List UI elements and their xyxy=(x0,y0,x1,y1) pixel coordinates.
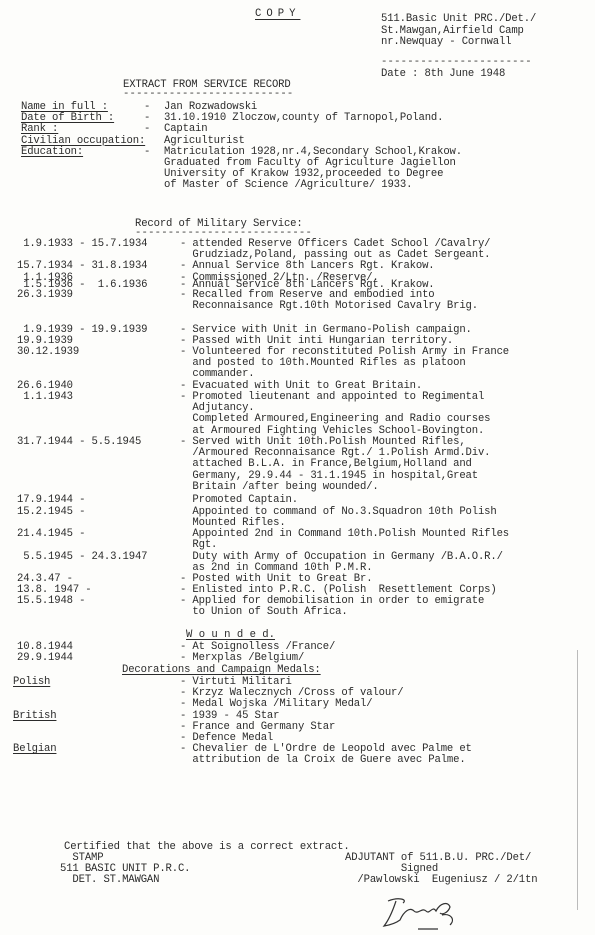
medal-item: - Medal Wojska /Military Medal/ xyxy=(180,699,372,710)
stamp-line: DET. ST.MAWGAN xyxy=(60,875,159,886)
medal-country: Polish xyxy=(13,677,50,688)
record-date: 5.5.1945 - 24.3.1947 xyxy=(17,552,147,563)
unit-address-line: St.Mawgan,Airfield Camp xyxy=(381,26,524,37)
section-title-decorations: Decorations and Campaign Medals: xyxy=(122,665,321,676)
field-value: of Master of Science /Agriculture/ 1933. xyxy=(164,180,412,191)
record-entry: - Annual Service 8th Lancers Rgt. Krakow… xyxy=(180,261,435,272)
address-divider: ----------------------- xyxy=(381,57,532,68)
copy-label: COPY xyxy=(255,9,300,20)
record-date: 15.2.1945 - xyxy=(17,507,85,518)
unit-address-line: 511.Basic Unit PRC./Det./ xyxy=(381,14,536,25)
record-entry: Appointed 2nd in Command 10th.Polish Mou… xyxy=(180,529,509,540)
title-divider: -------------------------- xyxy=(123,89,294,100)
field-separator: - xyxy=(144,147,150,158)
unit-address-line: nr.Newquay - Cornwall xyxy=(381,37,511,48)
signature-icon xyxy=(378,893,463,933)
record-date: 1.9.1933 - 15.7.1934 xyxy=(17,239,147,250)
record-date: 15.5.1948 - xyxy=(17,596,85,607)
record-entry: commander. xyxy=(180,369,255,380)
record-entry: attached B.L.A. in France,Belgium,Hollan… xyxy=(180,459,472,470)
record-date: 1.1.1943 xyxy=(17,392,73,403)
record-entry: Promoted Captain. xyxy=(180,495,298,506)
medal-country: British xyxy=(13,711,56,722)
section-title-wounded: W o u n d e d. xyxy=(186,630,275,641)
record-date: 17.9.1944 - xyxy=(17,495,85,506)
medal-item: attribution de la Croix de Guere avec Pa… xyxy=(180,755,466,766)
record-date: 21.4.1945 - xyxy=(17,529,85,540)
wounded-entry: - Merxplas /Belgium/ xyxy=(180,653,304,664)
certification-statement: Certified that the above is a correct ex… xyxy=(64,842,350,853)
field-value: Captain xyxy=(164,124,207,135)
field-label: Education: xyxy=(21,147,83,158)
field-label: Rank : xyxy=(21,124,58,135)
record-date: 31.7.1944 - 5.5.1945 xyxy=(17,437,141,448)
record-date: 30.12.1939 xyxy=(17,347,79,358)
record-entry: to Union of South Africa. xyxy=(180,607,348,618)
record-date: 15.7.1934 - 31.8.1934 xyxy=(17,261,147,272)
record-entry: Completed Armoured,Engineering and Radio… xyxy=(180,414,490,425)
document-date: Date : 8th June 1948 xyxy=(381,69,505,80)
field-separator: - xyxy=(144,124,150,135)
scan-artifact xyxy=(577,650,578,910)
wounded-date: 29.9.1944 xyxy=(17,653,73,664)
record-entry: Rgt. xyxy=(180,540,217,551)
record-date: 26.3.1939 xyxy=(17,290,73,301)
record-entry: Reconnaisance Rgt.10th Motorised Cavalry… xyxy=(180,301,478,312)
adjutant-line: /Pawlowski Eugeniusz / 2/1tn xyxy=(345,875,537,886)
medal-country: Belgian xyxy=(13,744,56,755)
record-entry: Britain /after being wounded/. xyxy=(180,482,379,493)
